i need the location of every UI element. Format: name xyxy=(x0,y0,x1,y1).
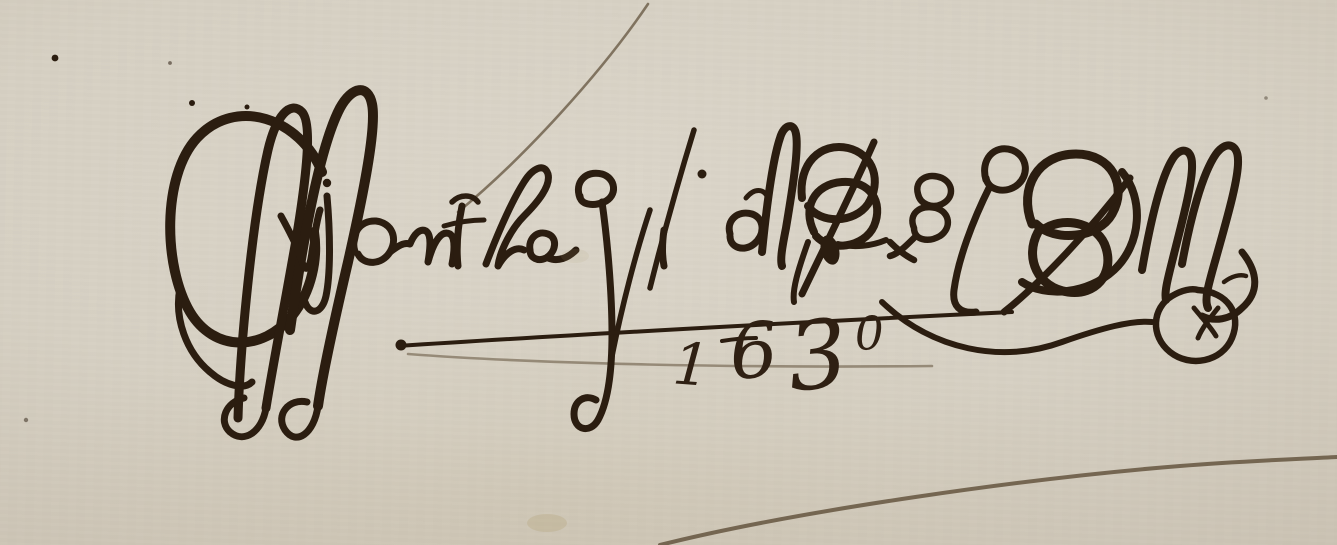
letter-o xyxy=(354,221,394,262)
ink-speck xyxy=(245,105,250,110)
ink-speck xyxy=(168,61,172,65)
final-l1 xyxy=(1142,151,1192,300)
diagonal-hairline xyxy=(458,4,648,212)
bottom-corner-line xyxy=(660,457,1337,545)
date-digit: 6 xyxy=(726,311,781,391)
figure-eight-glyph xyxy=(890,176,951,260)
i-dot-2 xyxy=(698,170,707,179)
paraph-circle xyxy=(1156,289,1235,361)
signature-artwork xyxy=(0,0,1337,545)
manuscript-page: 1630 xyxy=(0,0,1337,545)
initial-capital xyxy=(170,90,373,437)
handwritten-date: 1630 xyxy=(670,291,887,396)
eight-tail xyxy=(890,236,916,260)
letter-t-hook xyxy=(452,196,478,202)
knot-cluster xyxy=(794,142,886,302)
long-s-stroke xyxy=(650,130,694,288)
letter-n xyxy=(390,230,454,264)
letter-t-stem xyxy=(457,206,462,266)
i-dot-1 xyxy=(323,179,331,187)
double-l xyxy=(762,126,797,266)
capital-stem-2-foot xyxy=(282,401,318,437)
date-digit: 0 xyxy=(854,309,886,356)
letter-o2 xyxy=(729,213,762,248)
final-loops xyxy=(1142,145,1255,360)
strike-start-blob xyxy=(396,340,407,351)
stain xyxy=(561,249,589,263)
capital-stem-1-foot xyxy=(224,398,266,437)
ink-speck xyxy=(1264,96,1268,100)
ink-speck xyxy=(189,100,195,106)
paraph-tick xyxy=(1224,275,1246,282)
date-digit: 3 xyxy=(783,307,852,407)
g-tail xyxy=(574,202,612,429)
letter-i2 xyxy=(663,230,665,266)
hairline-strokes xyxy=(408,4,1337,545)
paraph-cross xyxy=(1194,308,1218,338)
paper-stains xyxy=(527,249,589,532)
small-oval-tail xyxy=(954,186,990,312)
stain xyxy=(527,514,567,532)
ink-speck xyxy=(52,55,59,62)
ink-speck xyxy=(24,418,28,422)
letter-g-descender xyxy=(574,173,650,428)
eight-top xyxy=(917,176,951,206)
g-bowl xyxy=(578,173,613,204)
date-digit: 1 xyxy=(671,334,712,394)
under-swoosh xyxy=(882,302,1152,352)
middle-letters xyxy=(650,126,797,288)
letter-t-cross xyxy=(444,220,484,226)
lowercase-run xyxy=(281,168,576,311)
letter-h-loop xyxy=(486,168,548,266)
